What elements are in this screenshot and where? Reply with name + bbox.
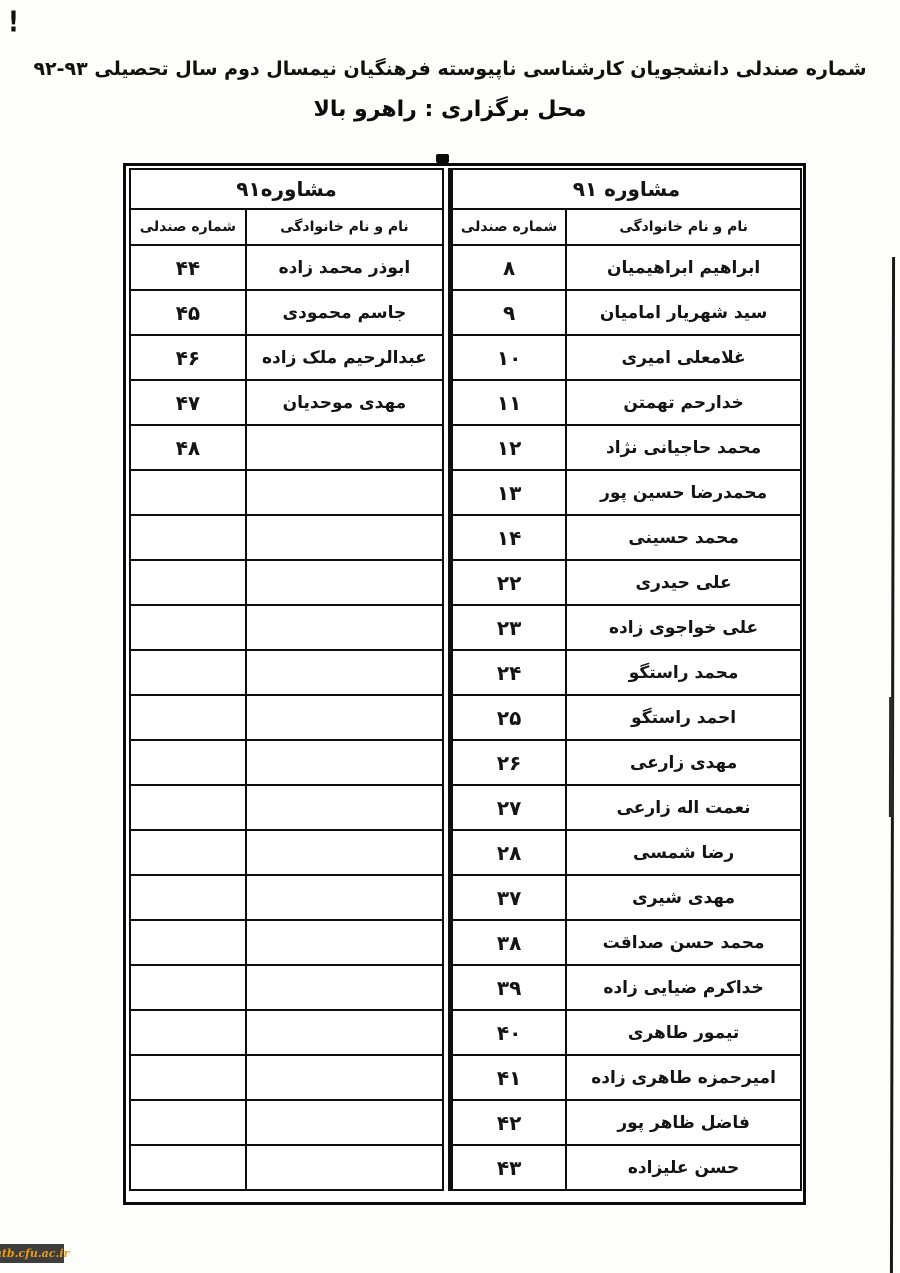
table-row: محمد حسینی۱۴ [451, 515, 802, 560]
seating-table-right: مشاوره ۹۱ نام و نام خانوادگی شماره صندلی… [448, 168, 802, 1191]
table-row: علی حیدری۲۲ [451, 560, 802, 605]
seat-number-cell: ۳۹ [451, 965, 567, 1010]
column-header-name: نام و نام خانوادگی [566, 209, 801, 245]
scan-edge-line [890, 257, 895, 1273]
seat-number-cell: ۴۲ [451, 1100, 567, 1145]
table-row [130, 1145, 443, 1190]
student-name-cell: محمد حسن صداقت [566, 920, 801, 965]
student-name-cell: محمد حسینی [566, 515, 801, 560]
table-row: احمد راستگو۲۵ [451, 695, 802, 740]
seat-number-cell: ۲۷ [451, 785, 567, 830]
student-name-cell: نعمت اله زارعی [566, 785, 801, 830]
student-name-cell [246, 425, 443, 470]
table-row: خداکرم ضیایی زاده۳۹ [451, 965, 802, 1010]
student-name-cell: غلامعلی امیری [566, 335, 801, 380]
table-row: محمد حسن صداقت۳۸ [451, 920, 802, 965]
table-row [130, 695, 443, 740]
seat-number-cell: ۴۶ [130, 335, 246, 380]
student-name-cell: محمدرضا حسین پور [566, 470, 801, 515]
seat-number-cell [130, 605, 246, 650]
student-name-cell: رضا شمسی [566, 830, 801, 875]
student-name-cell: حسن علیزاده [566, 1145, 801, 1190]
seat-number-cell [130, 1055, 246, 1100]
column-header-seat: شماره صندلی [451, 209, 567, 245]
seat-number-cell [130, 560, 246, 605]
table-row [130, 515, 443, 560]
seat-number-cell [130, 1100, 246, 1145]
table-row: امیرحمزه طاهری زاده۴۱ [451, 1055, 802, 1100]
table-row [130, 1010, 443, 1055]
table-row [130, 560, 443, 605]
student-name-cell: خدارحم تهمتن [566, 380, 801, 425]
student-name-cell [246, 875, 443, 920]
seat-number-cell [130, 920, 246, 965]
table-row [130, 875, 443, 920]
table-row [130, 1100, 443, 1145]
table-row: خدارحم تهمتن۱۱ [451, 380, 802, 425]
student-name-cell: ابراهیم ابراهیمیان [566, 245, 801, 290]
seat-number-cell: ۳۷ [451, 875, 567, 920]
seat-number-cell: ۱۴ [451, 515, 567, 560]
table-row: عبدالرحیم ملک زاده۴۶ [130, 335, 443, 380]
seat-number-cell: ۸ [451, 245, 567, 290]
watermark-badge: atb.cfu.ac.ir [0, 1244, 64, 1263]
student-name-cell [246, 605, 443, 650]
table-row [130, 740, 443, 785]
table-row: مشاوره ۹۱ [451, 169, 802, 209]
student-name-cell: فاضل ظاهر پور [566, 1100, 801, 1145]
table-row [130, 650, 443, 695]
column-header-seat: شماره صندلی [130, 209, 246, 245]
table-row: سید شهریار امامیان۹ [451, 290, 802, 335]
table-row: ابوذر محمد زاده۴۴ [130, 245, 443, 290]
seat-number-cell [130, 830, 246, 875]
seat-number-cell: ۴۳ [451, 1145, 567, 1190]
seat-number-cell: ۴۴ [130, 245, 246, 290]
table-row: حسن علیزاده۴۳ [451, 1145, 802, 1190]
student-name-cell: علی حیدری [566, 560, 801, 605]
seat-number-cell: ۲۳ [451, 605, 567, 650]
page-title: شماره صندلی دانشجویان کارشناسی ناپیوسته … [25, 58, 875, 80]
student-name-cell [246, 830, 443, 875]
seat-number-cell: ۲۲ [451, 560, 567, 605]
seat-number-cell [130, 875, 246, 920]
seating-table-left: مشاوره۹۱ نام و نام خانوادگی شماره صندلی … [129, 168, 444, 1191]
seat-number-cell: ۴۵ [130, 290, 246, 335]
student-name-cell: احمد راستگو [566, 695, 801, 740]
seat-number-cell: ۴۱ [451, 1055, 567, 1100]
table-body-right: ابراهیم ابراهیمیان۸سید شهریار امامیان۹غل… [451, 245, 802, 1190]
table-row [130, 470, 443, 515]
seat-number-cell: ۹ [451, 290, 567, 335]
seating-table-frame: مشاوره۹۱ نام و نام خانوادگی شماره صندلی … [123, 163, 806, 1205]
seat-number-cell: ۲۴ [451, 650, 567, 695]
table-row: مشاوره۹۱ [130, 169, 443, 209]
table-row: محمد حاجیانی نژاد۱۲ [451, 425, 802, 470]
table-row [130, 920, 443, 965]
student-name-cell: سید شهریار امامیان [566, 290, 801, 335]
table-row: علی خواجوی زاده۲۳ [451, 605, 802, 650]
student-name-cell: خداکرم ضیایی زاده [566, 965, 801, 1010]
seat-number-cell: ۴۰ [451, 1010, 567, 1055]
table-row: تیمور طاهری۴۰ [451, 1010, 802, 1055]
seat-number-cell: ۴۸ [130, 425, 246, 470]
table-row [130, 830, 443, 875]
student-name-cell: مهدی شیری [566, 875, 801, 920]
table-row: ابراهیم ابراهیمیان۸ [451, 245, 802, 290]
student-name-cell [246, 740, 443, 785]
column-header-name: نام و نام خانوادگی [246, 209, 443, 245]
table-row: محمد راستگو۲۴ [451, 650, 802, 695]
group-header-left: مشاوره۹۱ [130, 169, 443, 209]
student-name-cell: عبدالرحیم ملک زاده [246, 335, 443, 380]
seat-number-cell [130, 1010, 246, 1055]
student-name-cell: تیمور طاهری [566, 1010, 801, 1055]
scanned-document-page: { "page": { "title": "شماره صندلی دانشجو… [0, 0, 900, 1273]
table-body-left: ابوذر محمد زاده۴۴جاسم محمودی۴۵عبدالرحیم … [130, 245, 443, 1190]
table-row [130, 1055, 443, 1100]
table-row: مهدی زارعی۲۶ [451, 740, 802, 785]
student-name-cell [246, 785, 443, 830]
student-name-cell: مهدی زارعی [566, 740, 801, 785]
student-name-cell [246, 1010, 443, 1055]
table-row: محمدرضا حسین پور۱۳ [451, 470, 802, 515]
student-name-cell: علی خواجوی زاده [566, 605, 801, 650]
student-name-cell: ابوذر محمد زاده [246, 245, 443, 290]
seat-number-cell: ۱۳ [451, 470, 567, 515]
page-subtitle: محل برگزاری : راهرو بالا [25, 97, 875, 122]
seat-number-cell [130, 1145, 246, 1190]
document-header: شماره صندلی دانشجویان کارشناسی ناپیوسته … [25, 58, 875, 122]
student-name-cell [246, 1100, 443, 1145]
student-name-cell: امیرحمزه طاهری زاده [566, 1055, 801, 1100]
student-name-cell [246, 1055, 443, 1100]
seat-number-cell: ۲۸ [451, 830, 567, 875]
seat-number-cell: ۱۱ [451, 380, 567, 425]
student-name-cell: مهدی موحدیان [246, 380, 443, 425]
scan-ink-blob [436, 154, 449, 163]
student-name-cell [246, 650, 443, 695]
seat-number-cell [130, 965, 246, 1010]
table-row: نام و نام خانوادگی شماره صندلی [451, 209, 802, 245]
table-row [130, 785, 443, 830]
student-name-cell [246, 695, 443, 740]
student-name-cell: محمد راستگو [566, 650, 801, 695]
table-row: جاسم محمودی۴۵ [130, 290, 443, 335]
scan-artifact-mark: ! [8, 5, 19, 39]
seat-number-cell: ۱۲ [451, 425, 567, 470]
table-row [130, 965, 443, 1010]
table-row: مهدی موحدیان۴۷ [130, 380, 443, 425]
table-row [130, 605, 443, 650]
group-header-right: مشاوره ۹۱ [451, 169, 802, 209]
seat-number-cell: ۱۰ [451, 335, 567, 380]
student-name-cell [246, 515, 443, 560]
student-name-cell [246, 560, 443, 605]
seat-number-cell: ۴۷ [130, 380, 246, 425]
table-row: نام و نام خانوادگی شماره صندلی [130, 209, 443, 245]
seat-number-cell [130, 650, 246, 695]
seat-number-cell: ۲۵ [451, 695, 567, 740]
student-name-cell: جاسم محمودی [246, 290, 443, 335]
seat-number-cell [130, 470, 246, 515]
student-name-cell [246, 965, 443, 1010]
student-name-cell: محمد حاجیانی نژاد [566, 425, 801, 470]
student-name-cell [246, 1145, 443, 1190]
table-row: فاضل ظاهر پور۴۲ [451, 1100, 802, 1145]
student-name-cell [246, 470, 443, 515]
table-row: رضا شمسی۲۸ [451, 830, 802, 875]
seat-number-cell [130, 740, 246, 785]
student-name-cell [246, 920, 443, 965]
seat-number-cell [130, 785, 246, 830]
seat-number-cell: ۲۶ [451, 740, 567, 785]
table-row: غلامعلی امیری۱۰ [451, 335, 802, 380]
table-row: ۴۸ [130, 425, 443, 470]
table-row: مهدی شیری۳۷ [451, 875, 802, 920]
seat-number-cell [130, 515, 246, 560]
seat-number-cell: ۳۸ [451, 920, 567, 965]
table-row: نعمت اله زارعی۲۷ [451, 785, 802, 830]
seat-number-cell [130, 695, 246, 740]
